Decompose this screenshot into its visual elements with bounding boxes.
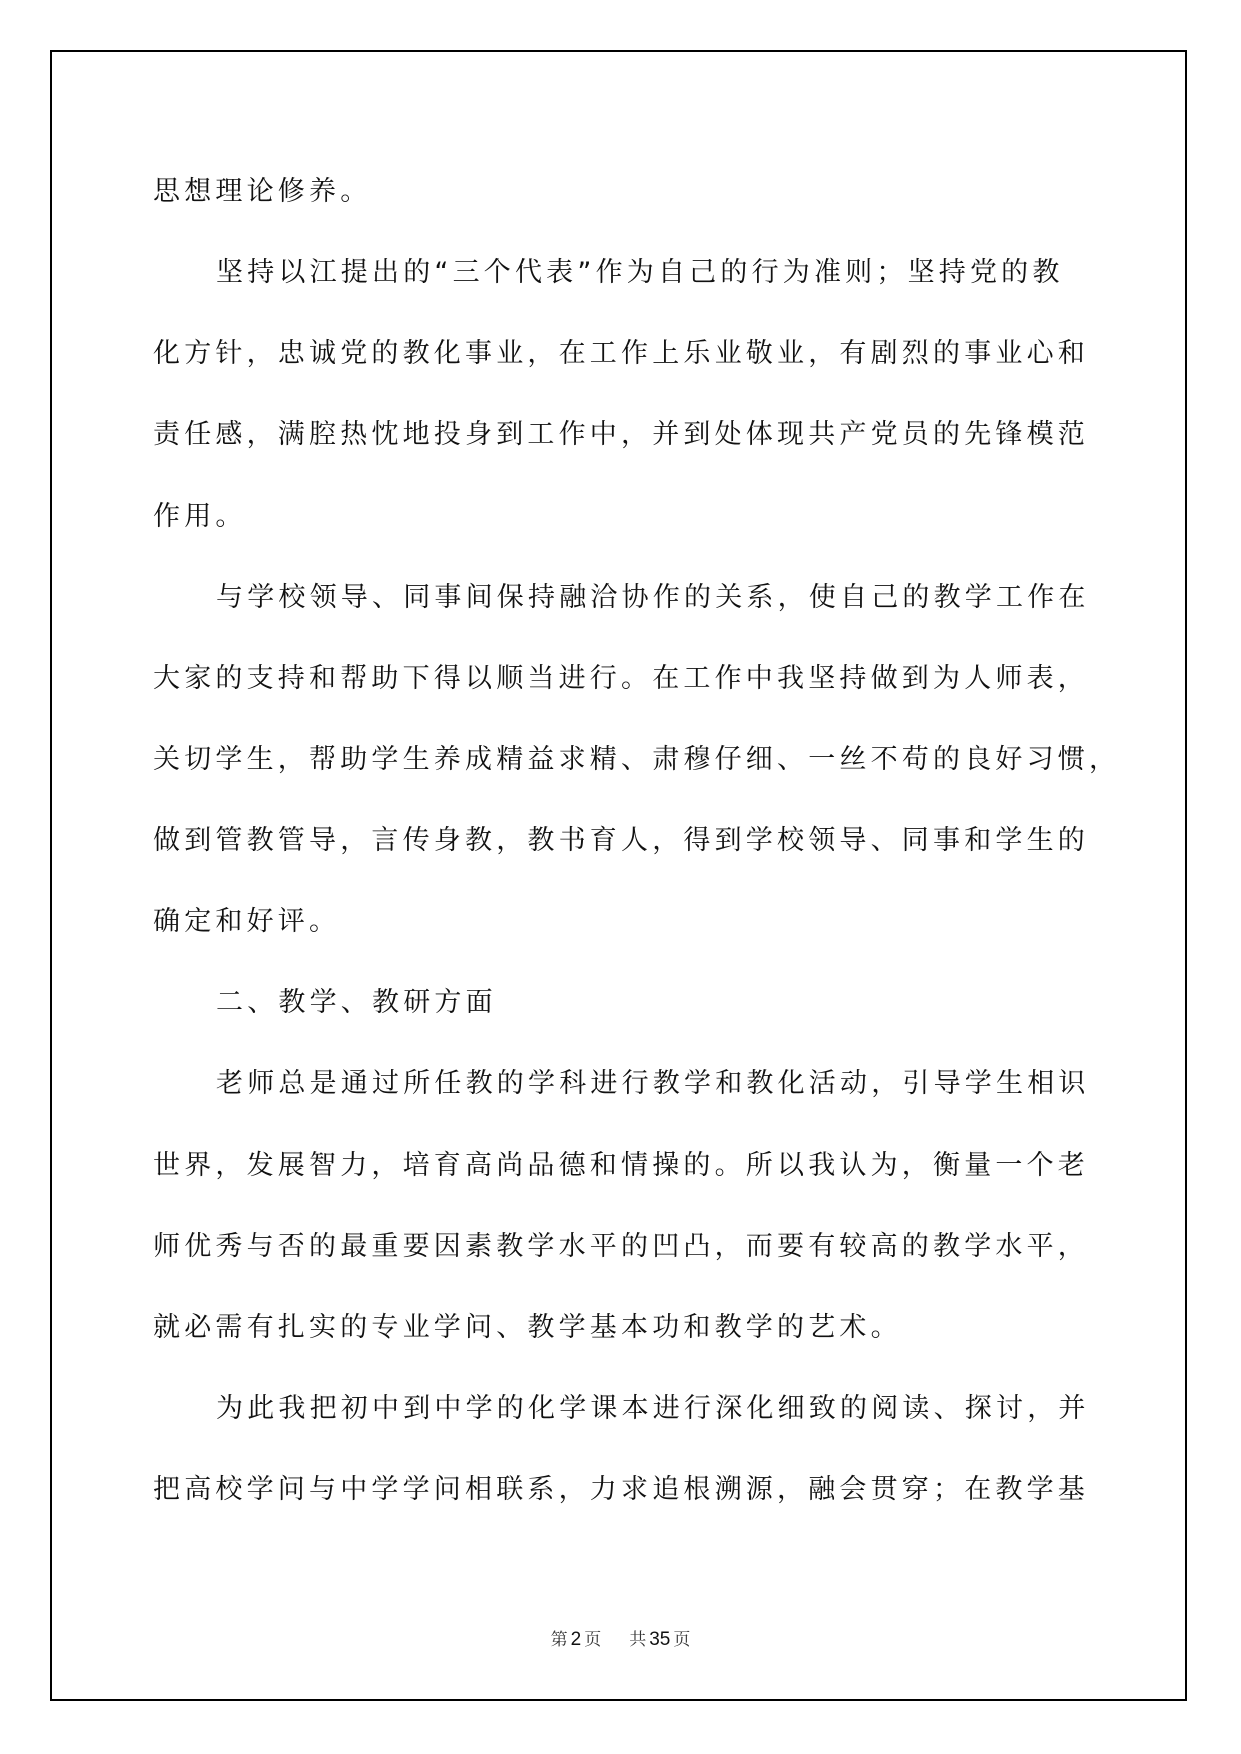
text-line: 把高校学问与中学学问相联系，力求追根溯源，融会贯穿；在教学基 <box>153 1470 1089 1510</box>
section-heading: 二、教学、教研方面 <box>216 983 497 1023</box>
text-line: 坚持以江提出的“三个代表”作为自己的行为准则；坚持党的教 <box>216 253 1064 293</box>
total-suffix: 页 <box>673 1625 690 1650</box>
total-prefix: 共 <box>629 1625 646 1650</box>
text-line: 化方针，忠诚党的教化事业，在工作上乐业敬业，有剧烈的事业心和 <box>153 334 1089 374</box>
page-border <box>50 50 1187 1701</box>
text-line: 世界，发展智力，培育高尚品德和情操的。所以我认为，衡量一个老 <box>153 1146 1089 1186</box>
text-line: 关切学生，帮助学生养成精益求精、肃穆仔细、一丝不苟的良好习惯， <box>153 740 1120 780</box>
text-line: 责任感，满腔热忱地投身到工作中，并到处体现共产党员的先锋模范 <box>153 415 1089 455</box>
page-suffix: 页 <box>584 1625 601 1650</box>
total-pages-number: 35 <box>646 1629 673 1651</box>
text-line: 老师总是通过所任教的学科进行教学和教化活动，引导学生相识 <box>216 1064 1090 1104</box>
current-page-number: 2 <box>568 1629 585 1651</box>
page-footer: 第2页共35页 <box>0 1625 1241 1651</box>
text-line: 作用。 <box>153 497 247 537</box>
text-line: 为此我把初中到中学的化学课本进行深化细致的阅读、探讨，并 <box>216 1389 1090 1429</box>
text-line: 师优秀与否的最重要因素教学水平的凹凸，而要有较高的教学水平， <box>153 1227 1089 1267</box>
text-line: 与学校领导、同事间保持融洽协作的关系，使自己的教学工作在 <box>216 578 1090 618</box>
page-prefix: 第 <box>551 1625 568 1650</box>
text-line: 思想理论修养。 <box>153 172 371 212</box>
text-line: 就必需有扎实的专业学问、教学基本功和教学的艺术。 <box>153 1308 902 1348</box>
text-line: 做到管教管导，言传身教，教书育人，得到学校领导、同事和学生的 <box>153 821 1089 861</box>
text-line: 确定和好评。 <box>153 902 340 942</box>
text-line: 大家的支持和帮助下得以顺当进行。在工作中我坚持做到为人师表， <box>153 659 1089 699</box>
